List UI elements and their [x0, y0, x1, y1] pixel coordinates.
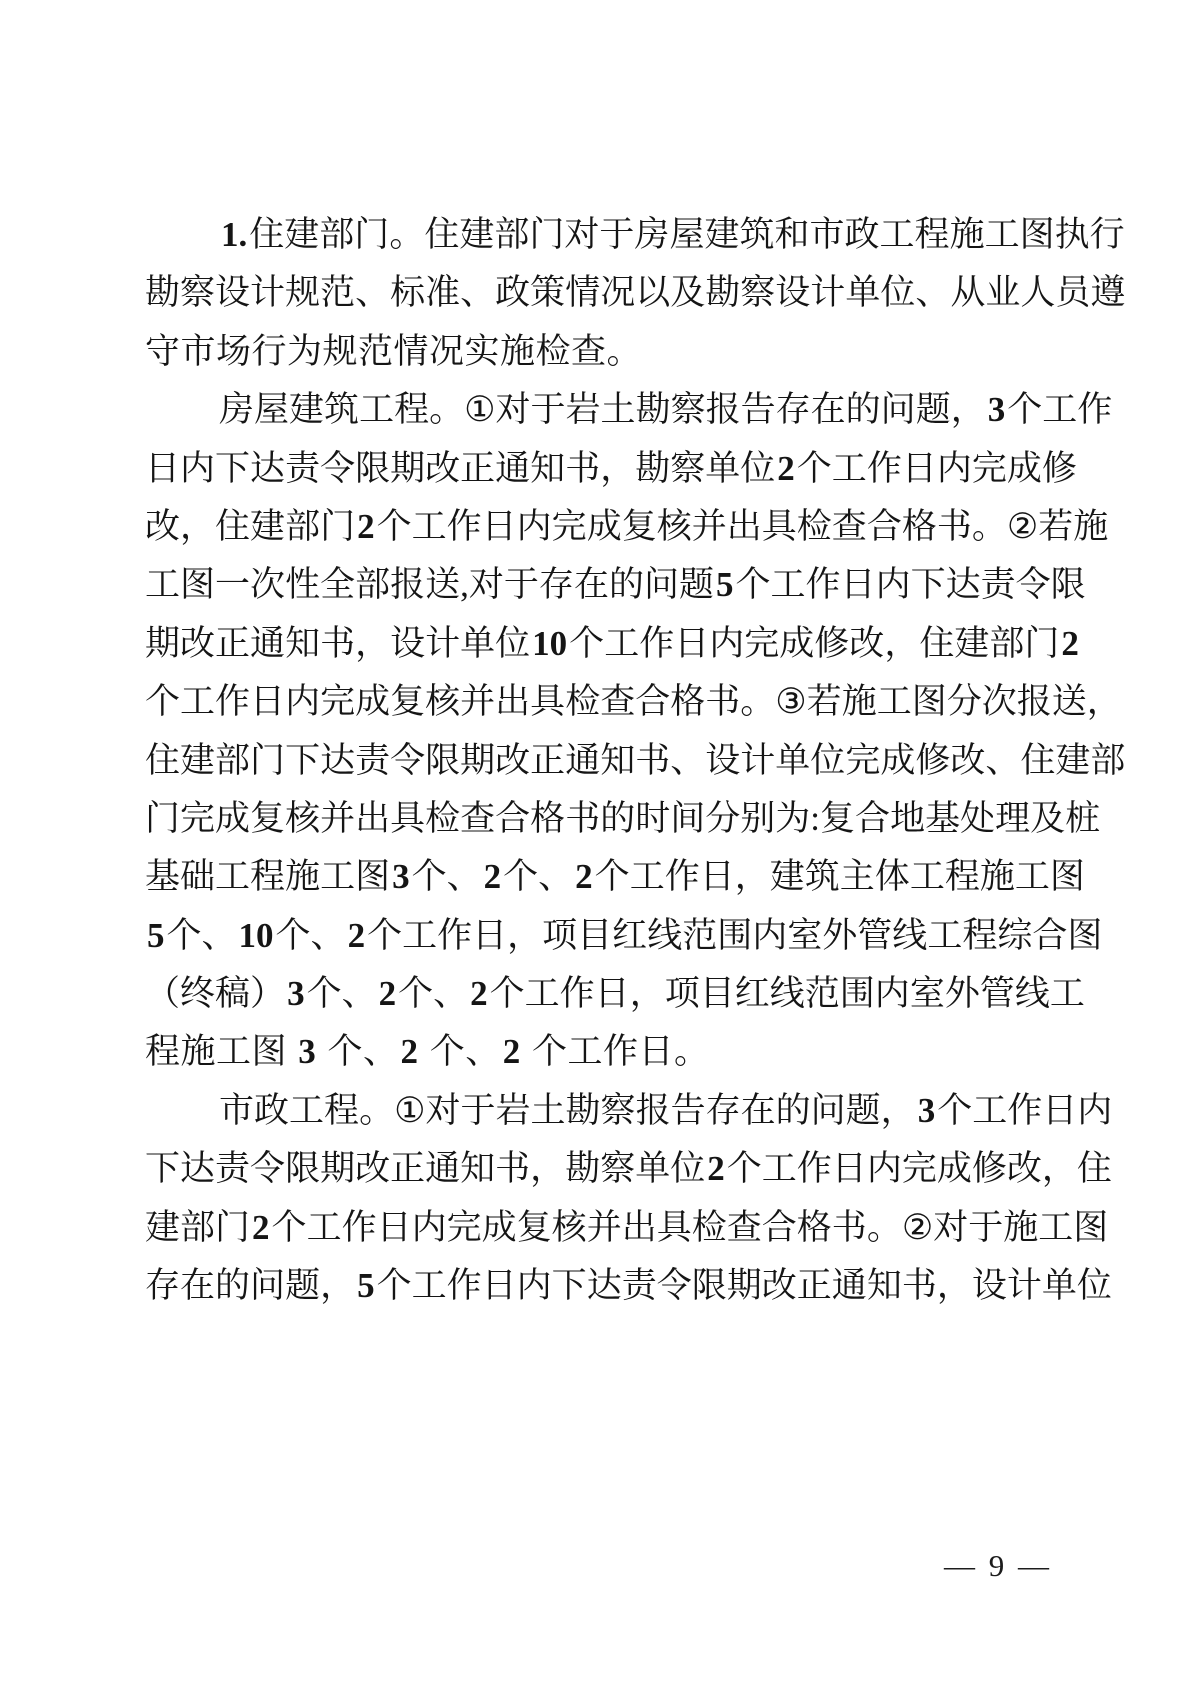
character: 修 — [1042, 440, 1077, 498]
character: 正 — [390, 1140, 425, 1198]
character: 主 — [840, 848, 875, 906]
character: ， — [1042, 1140, 1077, 1198]
character: 设 — [215, 264, 250, 322]
character: 位 — [740, 440, 775, 498]
character: 检 — [692, 1199, 727, 1257]
text-line: 住建部门下达责令限期改正通知书、设计单位完成修改、住建部 — [145, 732, 1058, 790]
character: 图 — [355, 848, 390, 906]
character: 限 — [285, 1140, 320, 1198]
character: 问 — [811, 1082, 846, 1140]
character: 内 — [876, 556, 911, 614]
character: 况 — [600, 264, 635, 322]
character: 一 — [215, 556, 250, 614]
character: 知 — [600, 732, 635, 790]
character: 作 — [447, 498, 482, 556]
character: 改 — [495, 732, 530, 790]
character: 在 — [180, 1257, 215, 1315]
character: 具 — [657, 1199, 692, 1257]
character: 筑 — [739, 206, 774, 264]
numeral: 3 — [986, 381, 1008, 439]
character: 完 — [972, 440, 1007, 498]
character: 部 — [285, 498, 320, 556]
character: 期 — [460, 732, 495, 790]
character: 、 — [538, 848, 573, 906]
character: 送 — [1052, 673, 1087, 731]
character: 个 — [1007, 381, 1042, 439]
character: 正 — [797, 1257, 832, 1315]
character: 具 — [390, 790, 425, 848]
numeral: 2 — [468, 965, 490, 1023]
character: 图 — [1067, 907, 1102, 965]
character: 存 — [539, 556, 574, 614]
character: 个 — [595, 848, 630, 906]
character: 个 — [276, 907, 311, 965]
character: ， — [600, 440, 635, 498]
character: 施 — [950, 206, 985, 264]
character: 对 — [469, 556, 504, 614]
character: 施 — [842, 673, 877, 731]
character: 作 — [797, 1140, 832, 1198]
character: 具 — [530, 673, 565, 731]
character: 检 — [797, 498, 832, 556]
text-line: 改，住建部门2个工作日内完成复核并出具检查合格书。②若施 — [145, 498, 1058, 556]
character: 改 — [1007, 1140, 1042, 1198]
character: 工 — [412, 1257, 447, 1315]
character: 程 — [945, 848, 980, 906]
numeral: 2 — [346, 907, 368, 965]
character: ② — [902, 1199, 933, 1257]
character: 计 — [810, 264, 845, 322]
character: 并 — [460, 673, 495, 731]
character: 性 — [285, 556, 320, 614]
character: 设 — [390, 615, 425, 673]
character: 达 — [250, 440, 285, 498]
character: ， — [530, 1140, 565, 1198]
character: 察 — [740, 264, 775, 322]
character: 内 — [517, 498, 552, 556]
character: 程 — [962, 907, 997, 965]
character: 日 — [595, 965, 630, 1023]
character: 建 — [145, 1199, 180, 1257]
character: 政 — [254, 1082, 289, 1140]
character: 日 — [472, 907, 507, 965]
character: 知 — [285, 615, 320, 673]
character: 格 — [797, 1199, 832, 1257]
character: 工 — [525, 965, 560, 1023]
character: 为 — [775, 790, 810, 848]
character: 并 — [320, 790, 355, 848]
character: 书 — [320, 615, 355, 673]
character: 土 — [531, 1082, 566, 1140]
character: 施 — [285, 848, 320, 906]
character: 。 — [389, 206, 424, 264]
character: 完 — [744, 615, 779, 673]
character: 成 — [779, 615, 814, 673]
character: 遵 — [1090, 264, 1125, 322]
character: 作 — [342, 1199, 377, 1257]
character: 红 — [735, 965, 770, 1023]
character: 正 — [460, 440, 495, 498]
character: 内 — [752, 907, 787, 965]
text-line: 勘察设计规范、标准、政策情况以及勘察设计单位、从业人员遵 — [145, 264, 1058, 322]
character: 日 — [145, 440, 180, 498]
character: 工 — [985, 206, 1020, 264]
numeral: 2 — [377, 965, 399, 1023]
character: 合 — [762, 1199, 797, 1257]
character: 知 — [530, 440, 565, 498]
character: 。 — [972, 498, 1007, 556]
character: 计 — [425, 615, 460, 673]
character: 位 — [670, 1140, 705, 1198]
character: 书 — [635, 732, 670, 790]
character: 个 — [412, 848, 447, 906]
text-line: 期改正通知书，设计单位10个工作日内完成修改，住建部门2 — [145, 615, 1058, 673]
character: 完 — [845, 732, 880, 790]
character: 日 — [250, 673, 285, 731]
character: 令 — [1016, 556, 1051, 614]
character: 计 — [1007, 1257, 1042, 1315]
numeral: 3 — [390, 848, 412, 906]
character: 管 — [980, 965, 1015, 1023]
character: 、 — [202, 907, 237, 965]
character: 计 — [250, 264, 285, 322]
character: 建 — [289, 381, 324, 439]
character: 地 — [890, 790, 925, 848]
character: 下 — [552, 1257, 587, 1315]
character: ③ — [775, 673, 806, 731]
character: 图 — [1073, 1199, 1108, 1257]
character: 工 — [910, 848, 945, 906]
character: 问 — [881, 381, 916, 439]
character: 门 — [145, 790, 180, 848]
character: 屋 — [669, 206, 704, 264]
character: 合 — [855, 790, 890, 848]
character: 设 — [775, 264, 810, 322]
character: 告 — [741, 381, 776, 439]
character: ， — [735, 848, 770, 906]
character: 于 — [599, 206, 634, 264]
character: 工 — [771, 556, 806, 614]
character: 员 — [1055, 264, 1090, 322]
character: 察 — [670, 440, 705, 498]
character: 限 — [355, 440, 390, 498]
character: 在 — [811, 381, 846, 439]
character: 别 — [740, 790, 775, 848]
character: 正 — [215, 615, 250, 673]
character: 知 — [867, 1257, 902, 1315]
text-line: 1.住建部门。住建部门对于房屋建筑和市政工程施工图执行 — [145, 206, 1058, 264]
character: 政 — [495, 264, 530, 322]
character: 住 — [215, 498, 250, 556]
character: 日 — [841, 556, 876, 614]
character: 合 — [495, 790, 530, 848]
character: 施 — [980, 848, 1015, 906]
character: 令 — [657, 1257, 692, 1315]
character: 若 — [807, 673, 842, 731]
character: 工 — [307, 1199, 342, 1257]
character: 内 — [285, 673, 320, 731]
text-line: 存在的问题，5个工作日内下达责令限期改正通知书，设计单位 — [145, 1257, 1058, 1315]
numeral: 10 — [530, 615, 569, 673]
character: 责 — [355, 732, 390, 790]
character: 工 — [1015, 848, 1050, 906]
text-line: 下达责令限期改正通知书，勘察单位2个工作日内完成修改，住 — [145, 1140, 1058, 1198]
character: 单 — [775, 732, 810, 790]
numeral: 2 — [355, 498, 377, 556]
document-page: 1.住建部门。住建部门对于房屋建筑和市政工程施工图执行勘察设计规范、标准、政策情… — [0, 0, 1200, 1697]
character: 筑 — [324, 381, 359, 439]
character: 门 — [1024, 615, 1059, 673]
character: 格 — [902, 498, 937, 556]
character: 复 — [820, 790, 855, 848]
character: 基 — [145, 848, 180, 906]
character: 。 — [740, 673, 775, 731]
character: 以 — [635, 264, 670, 322]
character: 门 — [215, 1199, 250, 1257]
character: 责 — [622, 1257, 657, 1315]
character: 内 — [937, 440, 972, 498]
character: 工 — [1038, 1199, 1073, 1257]
character: 书 — [495, 1140, 530, 1198]
character: 检 — [425, 790, 460, 848]
character: 外 — [945, 965, 980, 1023]
character: 通 — [565, 732, 600, 790]
character: 间 — [670, 790, 705, 848]
character: 执 — [1055, 206, 1090, 264]
character: 和 — [774, 206, 809, 264]
character: 线 — [892, 907, 927, 965]
character: 成 — [880, 732, 915, 790]
character: 综 — [997, 907, 1032, 965]
character: 个 — [727, 1140, 762, 1198]
character: 改 — [145, 498, 180, 556]
character: 告 — [671, 1082, 706, 1140]
character: 作 — [806, 556, 841, 614]
text-line: 建部门2个工作日内完成复核并出具检查合格书。②对于施工图 — [145, 1199, 1058, 1257]
character: 在 — [574, 556, 609, 614]
character: 出 — [355, 790, 390, 848]
numeral: 2 — [482, 848, 504, 906]
character: 线 — [647, 907, 682, 965]
character: 个 — [937, 1082, 972, 1140]
character: 完 — [447, 1199, 482, 1257]
character: 内 — [875, 965, 910, 1023]
numeral: 2 — [250, 1199, 272, 1257]
character: ， — [881, 1082, 916, 1140]
character: 体 — [875, 848, 910, 906]
character: 市 — [219, 1082, 254, 1140]
character: 住 — [249, 206, 284, 264]
character: 达 — [946, 556, 981, 614]
numeral: 3 — [285, 965, 307, 1023]
character: 范 — [682, 907, 717, 965]
character: 工 — [1042, 381, 1077, 439]
character: 作 — [867, 440, 902, 498]
character: 从 — [950, 264, 985, 322]
character: 个 — [569, 615, 604, 673]
character: 完 — [902, 1140, 937, 1198]
character: 分 — [705, 790, 740, 848]
character: 、 — [460, 264, 495, 322]
character: 改 — [355, 1140, 390, 1198]
character: 改 — [762, 1257, 797, 1315]
character: 对 — [933, 1199, 968, 1257]
character: 个 — [797, 440, 832, 498]
character: 达 — [320, 732, 355, 790]
character: , — [460, 556, 469, 614]
character: 单 — [845, 264, 880, 322]
text-line: 5个、10个、2个工作日，项目红线范围内室外管线工程综合图 — [145, 907, 1058, 965]
character: 时 — [635, 790, 670, 848]
numeral: 5 — [145, 907, 167, 965]
character: 工 — [180, 673, 215, 731]
character: 达 — [587, 1257, 622, 1315]
character: 次 — [982, 673, 1017, 731]
character: 、 — [342, 965, 377, 1023]
character: 门 — [529, 206, 564, 264]
character: 格 — [670, 673, 705, 731]
character: 、 — [915, 264, 950, 322]
character: 责 — [285, 440, 320, 498]
character: 的 — [609, 556, 644, 614]
character: 内 — [180, 440, 215, 498]
character: 单 — [705, 440, 740, 498]
character: 工 — [145, 556, 180, 614]
character: 书 — [937, 498, 972, 556]
character: 、 — [355, 264, 390, 322]
character: 于 — [504, 556, 539, 614]
character: 成 — [215, 790, 250, 848]
numeral: 3 — [916, 1082, 938, 1140]
character: 日 — [674, 615, 709, 673]
character: 工 — [880, 206, 915, 264]
character: 合 — [867, 498, 902, 556]
numeral: 2 — [705, 1140, 727, 1198]
character: 、 — [311, 907, 346, 965]
character: 部 — [319, 206, 354, 264]
character: 建 — [704, 206, 739, 264]
character: 通 — [832, 1257, 867, 1315]
character: 屋 — [254, 381, 289, 439]
character: 令 — [320, 440, 355, 498]
character: 在 — [741, 1082, 776, 1140]
character: 限 — [425, 732, 460, 790]
character: 住 — [1077, 1140, 1112, 1198]
character: 作 — [665, 848, 700, 906]
character: 责 — [215, 1140, 250, 1198]
character: 日 — [832, 1140, 867, 1198]
character: 室 — [787, 907, 822, 965]
character: 格 — [530, 790, 565, 848]
character: 日 — [482, 498, 517, 556]
character: 期 — [320, 1140, 355, 1198]
character: 若 — [1038, 498, 1073, 556]
character: ） — [250, 965, 285, 1023]
character: 住 — [424, 206, 459, 264]
character: 程 — [250, 848, 285, 906]
character: 勘 — [565, 1140, 600, 1198]
character: 位 — [810, 732, 845, 790]
character: 查 — [727, 1199, 762, 1257]
character: 工 — [1050, 965, 1085, 1023]
character: 个 — [367, 907, 402, 965]
character: （ — [145, 965, 180, 1023]
numeral: 2 — [399, 1032, 421, 1071]
character: 建 — [180, 732, 215, 790]
character: 限 — [1051, 556, 1086, 614]
character: 出 — [727, 498, 762, 556]
character: 内 — [867, 1140, 902, 1198]
character: 期 — [390, 440, 425, 498]
character: 核 — [657, 498, 692, 556]
character: ， — [1087, 673, 1122, 731]
character: 规 — [285, 264, 320, 322]
character: 修 — [972, 1140, 1007, 1198]
character: 内 — [1077, 1082, 1112, 1140]
character: ， — [937, 1257, 972, 1315]
character: 建 — [770, 848, 805, 906]
character: 建 — [954, 615, 989, 673]
character: 核 — [285, 790, 320, 848]
character: 察 — [601, 1082, 636, 1140]
character: 个 — [307, 965, 342, 1023]
character: 完 — [552, 498, 587, 556]
character: 修 — [814, 615, 849, 673]
character: ② — [1007, 498, 1038, 556]
character: 范 — [320, 264, 355, 322]
character: 稿 — [215, 965, 250, 1023]
character: ① — [464, 381, 495, 439]
character: ， — [884, 615, 919, 673]
character: 问 — [250, 1257, 285, 1315]
character: 期 — [145, 615, 180, 673]
character: 围 — [717, 907, 752, 965]
character: ① — [394, 1082, 425, 1140]
character: 下 — [215, 440, 250, 498]
character: 令 — [390, 732, 425, 790]
character: 改 — [180, 615, 215, 673]
character: 的 — [215, 1257, 250, 1315]
character: 次 — [250, 556, 285, 614]
character: 检 — [565, 673, 600, 731]
character: 围 — [840, 965, 875, 1023]
character: 房 — [634, 206, 669, 264]
numeral: 5 — [714, 556, 736, 614]
character: 单 — [635, 1140, 670, 1198]
character: 复 — [517, 1199, 552, 1257]
character: 设 — [972, 1257, 1007, 1315]
character: 存 — [706, 1082, 741, 1140]
character: 工 — [402, 907, 437, 965]
character: 建 — [1055, 732, 1090, 790]
character: 查 — [600, 673, 635, 731]
character: 住 — [145, 732, 180, 790]
character: 门 — [320, 498, 355, 556]
character: 出 — [622, 1199, 657, 1257]
character: 复 — [622, 498, 657, 556]
character: 作 — [1007, 1082, 1042, 1140]
character: 并 — [587, 1199, 622, 1257]
character: 的 — [600, 790, 635, 848]
character: 理 — [995, 790, 1030, 848]
character: 察 — [600, 1140, 635, 1198]
character: 行 — [1090, 206, 1125, 264]
character: 作 — [215, 673, 250, 731]
character: 、 — [985, 732, 1020, 790]
character: 位 — [1077, 1257, 1112, 1315]
character: 书 — [832, 1199, 867, 1257]
character: 存 — [776, 381, 811, 439]
